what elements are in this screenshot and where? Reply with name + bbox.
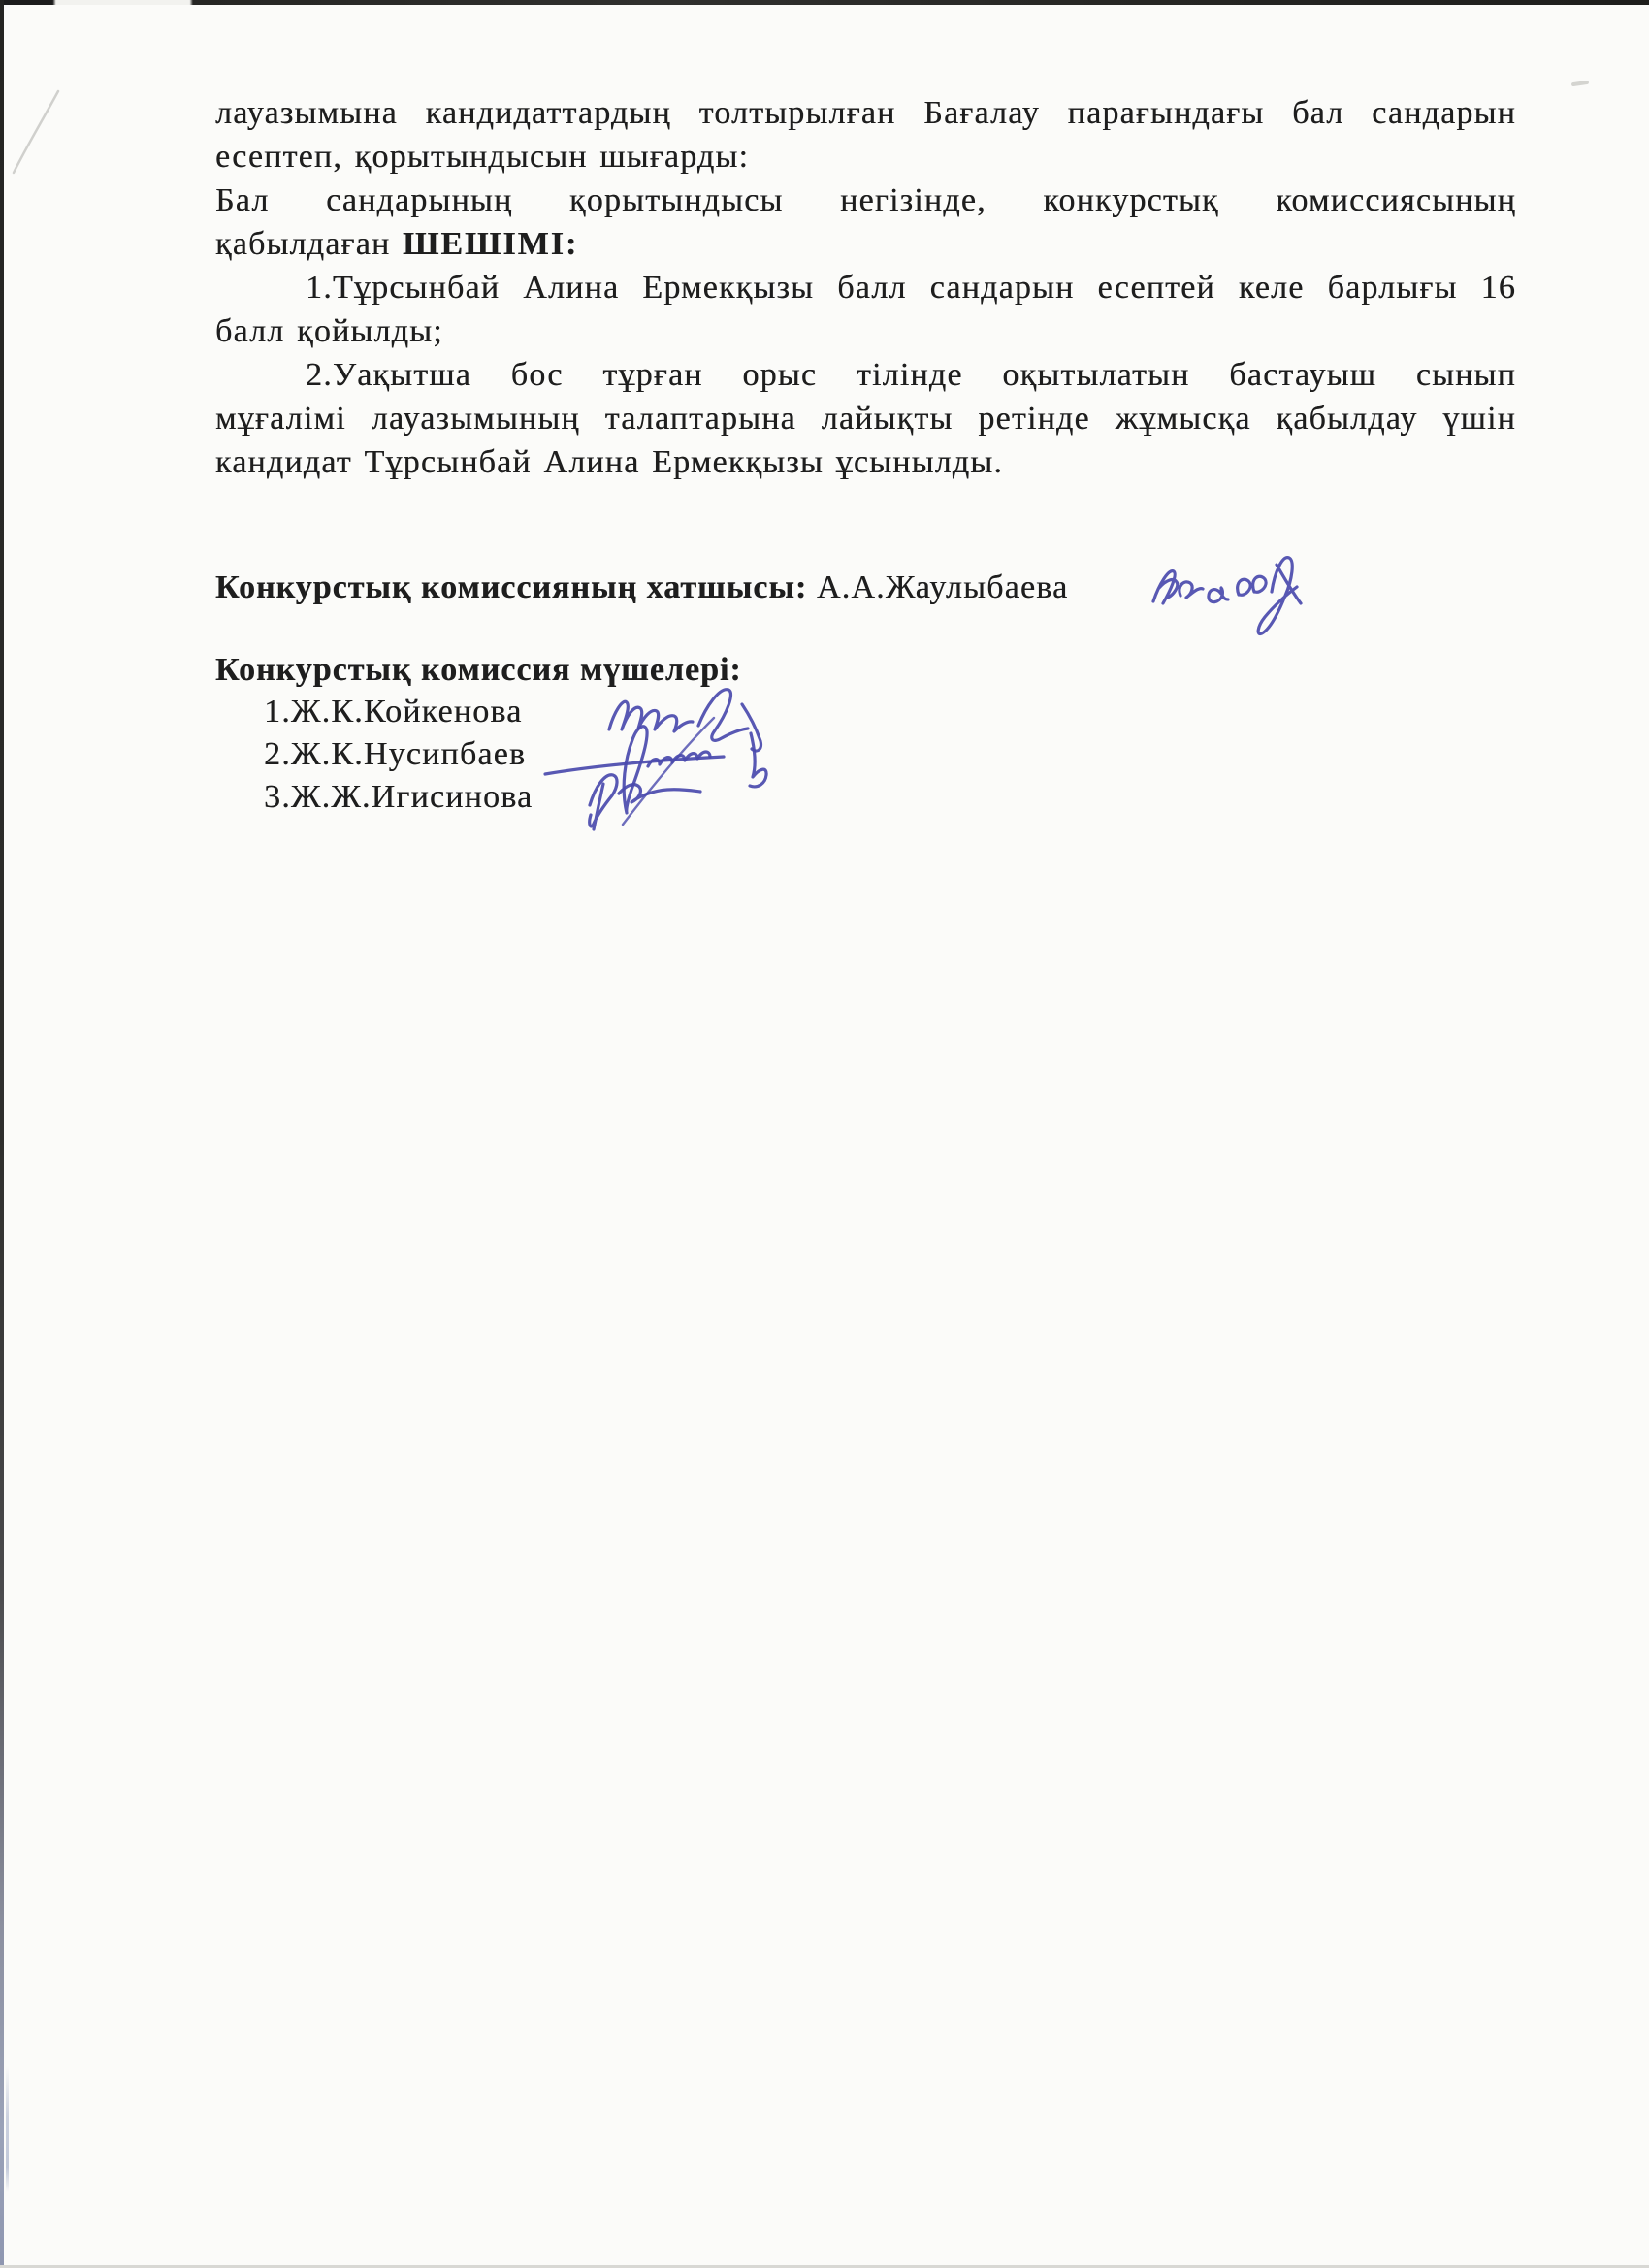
scan-artifact-dash xyxy=(1571,81,1589,86)
secretary-signature xyxy=(1148,539,1308,641)
paragraph1-line1: лауазымына кандидаттардың толтырылған Ба… xyxy=(215,91,1516,135)
decision-item1-line1: 1.Тұрсынбай Алина Ермекқызы балл сандары… xyxy=(215,266,1516,309)
document-body: лауазымына кандидаттардың толтырылған Ба… xyxy=(215,91,1516,484)
member-item-1: 1.Ж.К.Койкенова xyxy=(264,691,533,733)
decision-item2-line1: 2.Уақытша бос тұрған орыс тілінде оқытыл… xyxy=(215,353,1516,397)
secretary-label: Конкурстық комиссияның хатшысы: xyxy=(215,569,807,605)
member-item-2: 2.Ж.К.Нусипбаев xyxy=(264,733,533,776)
decision-item1-line2: балл қойылды; xyxy=(215,309,1516,353)
member2-signature-line xyxy=(545,757,724,774)
paragraph1-line2: есептеп, қорытындысын шығарды: xyxy=(215,135,1516,178)
members-heading: Конкурстық комиссия мүшелері: xyxy=(215,648,742,692)
member1-signature-stroke xyxy=(609,701,693,731)
decision-item2-line2: мұғалімі лауазымының талаптарына лайықты… xyxy=(215,397,1516,440)
scanned-document-page: лауазымына кандидаттардың толтырылған Ба… xyxy=(0,0,1649,2268)
member2-signature-bumps xyxy=(648,752,710,766)
secretary-name: А.А.Жаулыбаева xyxy=(817,569,1068,605)
scan-artifact-scratch xyxy=(8,89,66,177)
secretary-row: Конкурстық комиссияның хатшысы: А.А.Жаул… xyxy=(215,566,1068,609)
decision-intro-word: қабылдаған xyxy=(215,226,403,262)
scan-artifact-left-edge xyxy=(0,0,4,2268)
member2-signature-cross xyxy=(623,718,714,825)
paragraph2-line1: Бал сандарының қорытындысы негізінде, ко… xyxy=(215,178,1516,222)
members-list: 1.Ж.К.Койкенова 2.Ж.К.Нусипбаев 3.Ж.Ж.Иг… xyxy=(264,691,533,819)
paragraph2-line2: қабылдаған ШЕШІМІ: xyxy=(215,222,1516,266)
scan-artifact-smudge xyxy=(6,2066,9,2192)
decision-item2-line3: кандидат Тұрсынбай Алина Ермекқызы ұсыны… xyxy=(215,440,1516,484)
members-signatures xyxy=(533,677,805,842)
scan-artifact-top-edge xyxy=(0,0,1649,5)
member3-signature-tail xyxy=(619,785,700,802)
member3-signature-loops xyxy=(590,775,617,829)
member2-signature-hook xyxy=(750,733,766,787)
member1-signature-flourish xyxy=(698,690,760,751)
member2-signature-loop xyxy=(624,727,647,813)
member-item-3: 3.Ж.Ж.Игисинова xyxy=(264,776,533,819)
decision-word: ШЕШІМІ: xyxy=(403,226,578,262)
